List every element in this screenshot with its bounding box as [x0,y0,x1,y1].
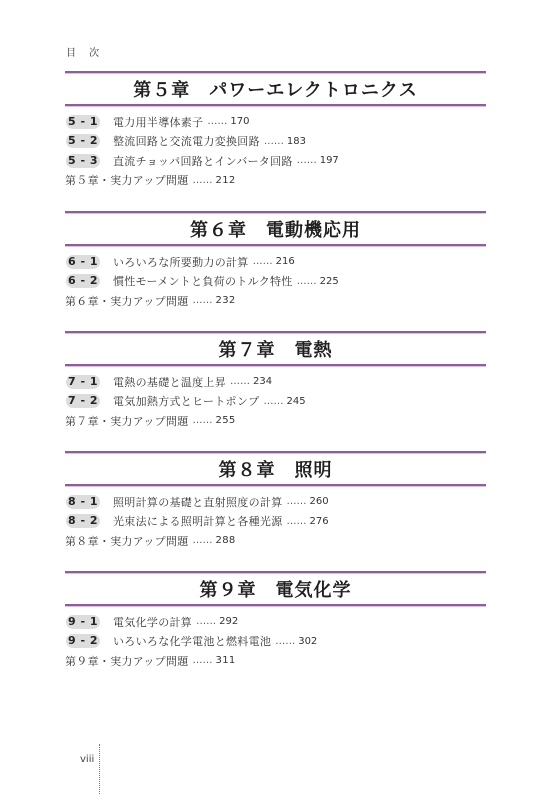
leader-dots: …… [253,256,273,267]
summary-title: 第５章・実力アップ問題 [65,172,189,188]
toc-summary-entry[interactable]: 第７章・実力アップ問題 …… 255 [65,411,486,430]
leader-dots: …… [230,376,250,387]
chapter-title: 第６章 電動機応用 [190,216,361,242]
chapter-heading: 第７章 電熱 [65,331,486,366]
chapter-9: 第９章 電気化学 9 - 1 電気化学の計算 …… 292 9 - 2 いろいろ… [65,571,486,670]
toc-entry[interactable]: 7 - 1 電熱の基礎と温度上昇 …… 234 [65,372,486,392]
chapter-6: 第６章 電動機応用 6 - 1 いろいろな所要動力の計算 …… 216 6 - … [65,211,486,310]
leader-dots: …… [297,276,317,287]
running-head: 目 次 [66,44,104,59]
section-title: 電気化学の計算 [113,614,192,630]
page-number: 292 [219,616,238,627]
leader-dots: …… [263,396,283,407]
section-number-badge: 9 - 1 [66,615,100,629]
summary-title: 第９章・実力アップ問題 [65,653,189,669]
page-number: 311 [216,655,236,666]
leader-dots: …… [193,295,213,306]
chapter-title: 第７章 電熱 [219,336,333,362]
page-number: 170 [230,116,249,127]
page-number: 216 [276,256,295,267]
section-title: 電熱の基礎と温度上昇 [113,374,226,390]
page-number: 212 [216,175,236,186]
summary-title: 第８章・実力アップ問題 [65,533,189,549]
section-number-badge: 7 - 1 [66,375,100,389]
toc-entry[interactable]: 7 - 2 電気加熱方式とヒートポンプ …… 245 [65,392,486,412]
chapter-title: 第５章 パワーエレクトロニクス [133,76,417,102]
section-title: いろいろな化学電池と燃料電池 [113,633,271,649]
toc-entry[interactable]: 5 - 1 電力用半導体素子 …… 170 [65,112,486,132]
section-number-badge: 6 - 1 [66,255,100,269]
page-number: 232 [216,295,236,306]
section-number-badge: 5 - 2 [66,134,100,148]
leader-dots: …… [193,415,213,426]
summary-title: 第６章・実力アップ問題 [65,293,189,309]
leader-dots: …… [207,116,227,127]
toc-summary-entry[interactable]: 第８章・実力アップ問題 …… 288 [65,531,486,550]
chapter-heading: 第６章 電動機応用 [65,211,486,246]
toc-entry[interactable]: 6 - 1 いろいろな所要動力の計算 …… 216 [65,252,486,272]
page-number: 183 [287,136,306,147]
section-number-badge: 6 - 2 [66,274,100,288]
section-title: 照明計算の基礎と直射照度の計算 [113,494,283,510]
chapter-7: 第７章 電熱 7 - 1 電熱の基礎と温度上昇 …… 234 7 - 2 電気加… [65,331,486,430]
page-number: 234 [253,376,272,387]
section-title: 光束法による照明計算と各種光源 [113,513,283,529]
summary-title: 第７章・実力アップ問題 [65,413,189,429]
toc-entry[interactable]: 5 - 3 直流チョッパ回路とインバータ回路 …… 197 [65,151,486,171]
toc-summary-entry[interactable]: 第９章・実力アップ問題 …… 311 [65,651,486,670]
leader-dots: …… [287,496,307,507]
leader-dots: …… [193,535,213,546]
section-number-badge: 5 - 1 [66,115,100,129]
chapter-heading: 第８章 照明 [65,451,486,486]
toc-entry[interactable]: 9 - 2 いろいろな化学電池と燃料電池 …… 302 [65,632,486,652]
page-folio: viii [80,754,94,765]
section-number-badge: 8 - 2 [66,514,100,528]
toc-entry[interactable]: 5 - 2 整流回路と交流電力変換回路 …… 183 [65,132,486,152]
page-number: 197 [320,155,339,166]
page-number: 260 [310,496,329,507]
folio-dotted-rule [99,744,100,794]
chapter-heading: 第９章 電気化学 [65,571,486,606]
toc-entry[interactable]: 8 - 2 光束法による照明計算と各種光源 …… 276 [65,512,486,532]
leader-dots: …… [275,636,295,647]
leader-dots: …… [287,516,307,527]
page-number: 276 [310,516,329,527]
toc-summary-entry[interactable]: 第５章・実力アップ問題 …… 212 [65,171,486,190]
toc-summary-entry[interactable]: 第６章・実力アップ問題 …… 232 [65,291,486,310]
chapter-heading: 第５章 パワーエレクトロニクス [65,71,486,106]
toc-entry[interactable]: 6 - 2 慣性モーメントと負荷のトルク特性 …… 225 [65,272,486,292]
section-title: 整流回路と交流電力変換回路 [113,133,260,149]
chapter-8: 第８章 照明 8 - 1 照明計算の基礎と直射照度の計算 …… 260 8 - … [65,451,486,550]
page-number: 225 [320,276,339,287]
leader-dots: …… [193,175,213,186]
page-number: 302 [298,636,317,647]
chapter-title: 第９章 電気化学 [200,576,352,602]
section-number-badge: 9 - 2 [66,634,100,648]
toc-entry[interactable]: 8 - 1 照明計算の基礎と直射照度の計算 …… 260 [65,492,486,512]
section-number-badge: 5 - 3 [66,154,100,168]
section-title: 慣性モーメントと負荷のトルク特性 [113,273,293,289]
page-number: 245 [286,396,305,407]
chapter-title: 第８章 照明 [219,456,333,482]
leader-dots: …… [196,616,216,627]
leader-dots: …… [193,655,213,666]
chapter-5: 第５章 パワーエレクトロニクス 5 - 1 電力用半導体素子 …… 170 5 … [65,71,486,190]
page-number: 255 [216,415,236,426]
section-title: 電力用半導体素子 [113,114,203,130]
section-title: いろいろな所要動力の計算 [113,254,249,270]
section-title: 直流チョッパ回路とインバータ回路 [113,153,293,169]
leader-dots: …… [297,155,317,166]
section-number-badge: 7 - 2 [66,394,100,408]
toc-entry[interactable]: 9 - 1 電気化学の計算 …… 292 [65,612,486,632]
section-title: 電気加熱方式とヒートポンプ [113,393,259,409]
section-number-badge: 8 - 1 [66,495,100,509]
leader-dots: …… [264,136,284,147]
page-number: 288 [216,535,236,546]
